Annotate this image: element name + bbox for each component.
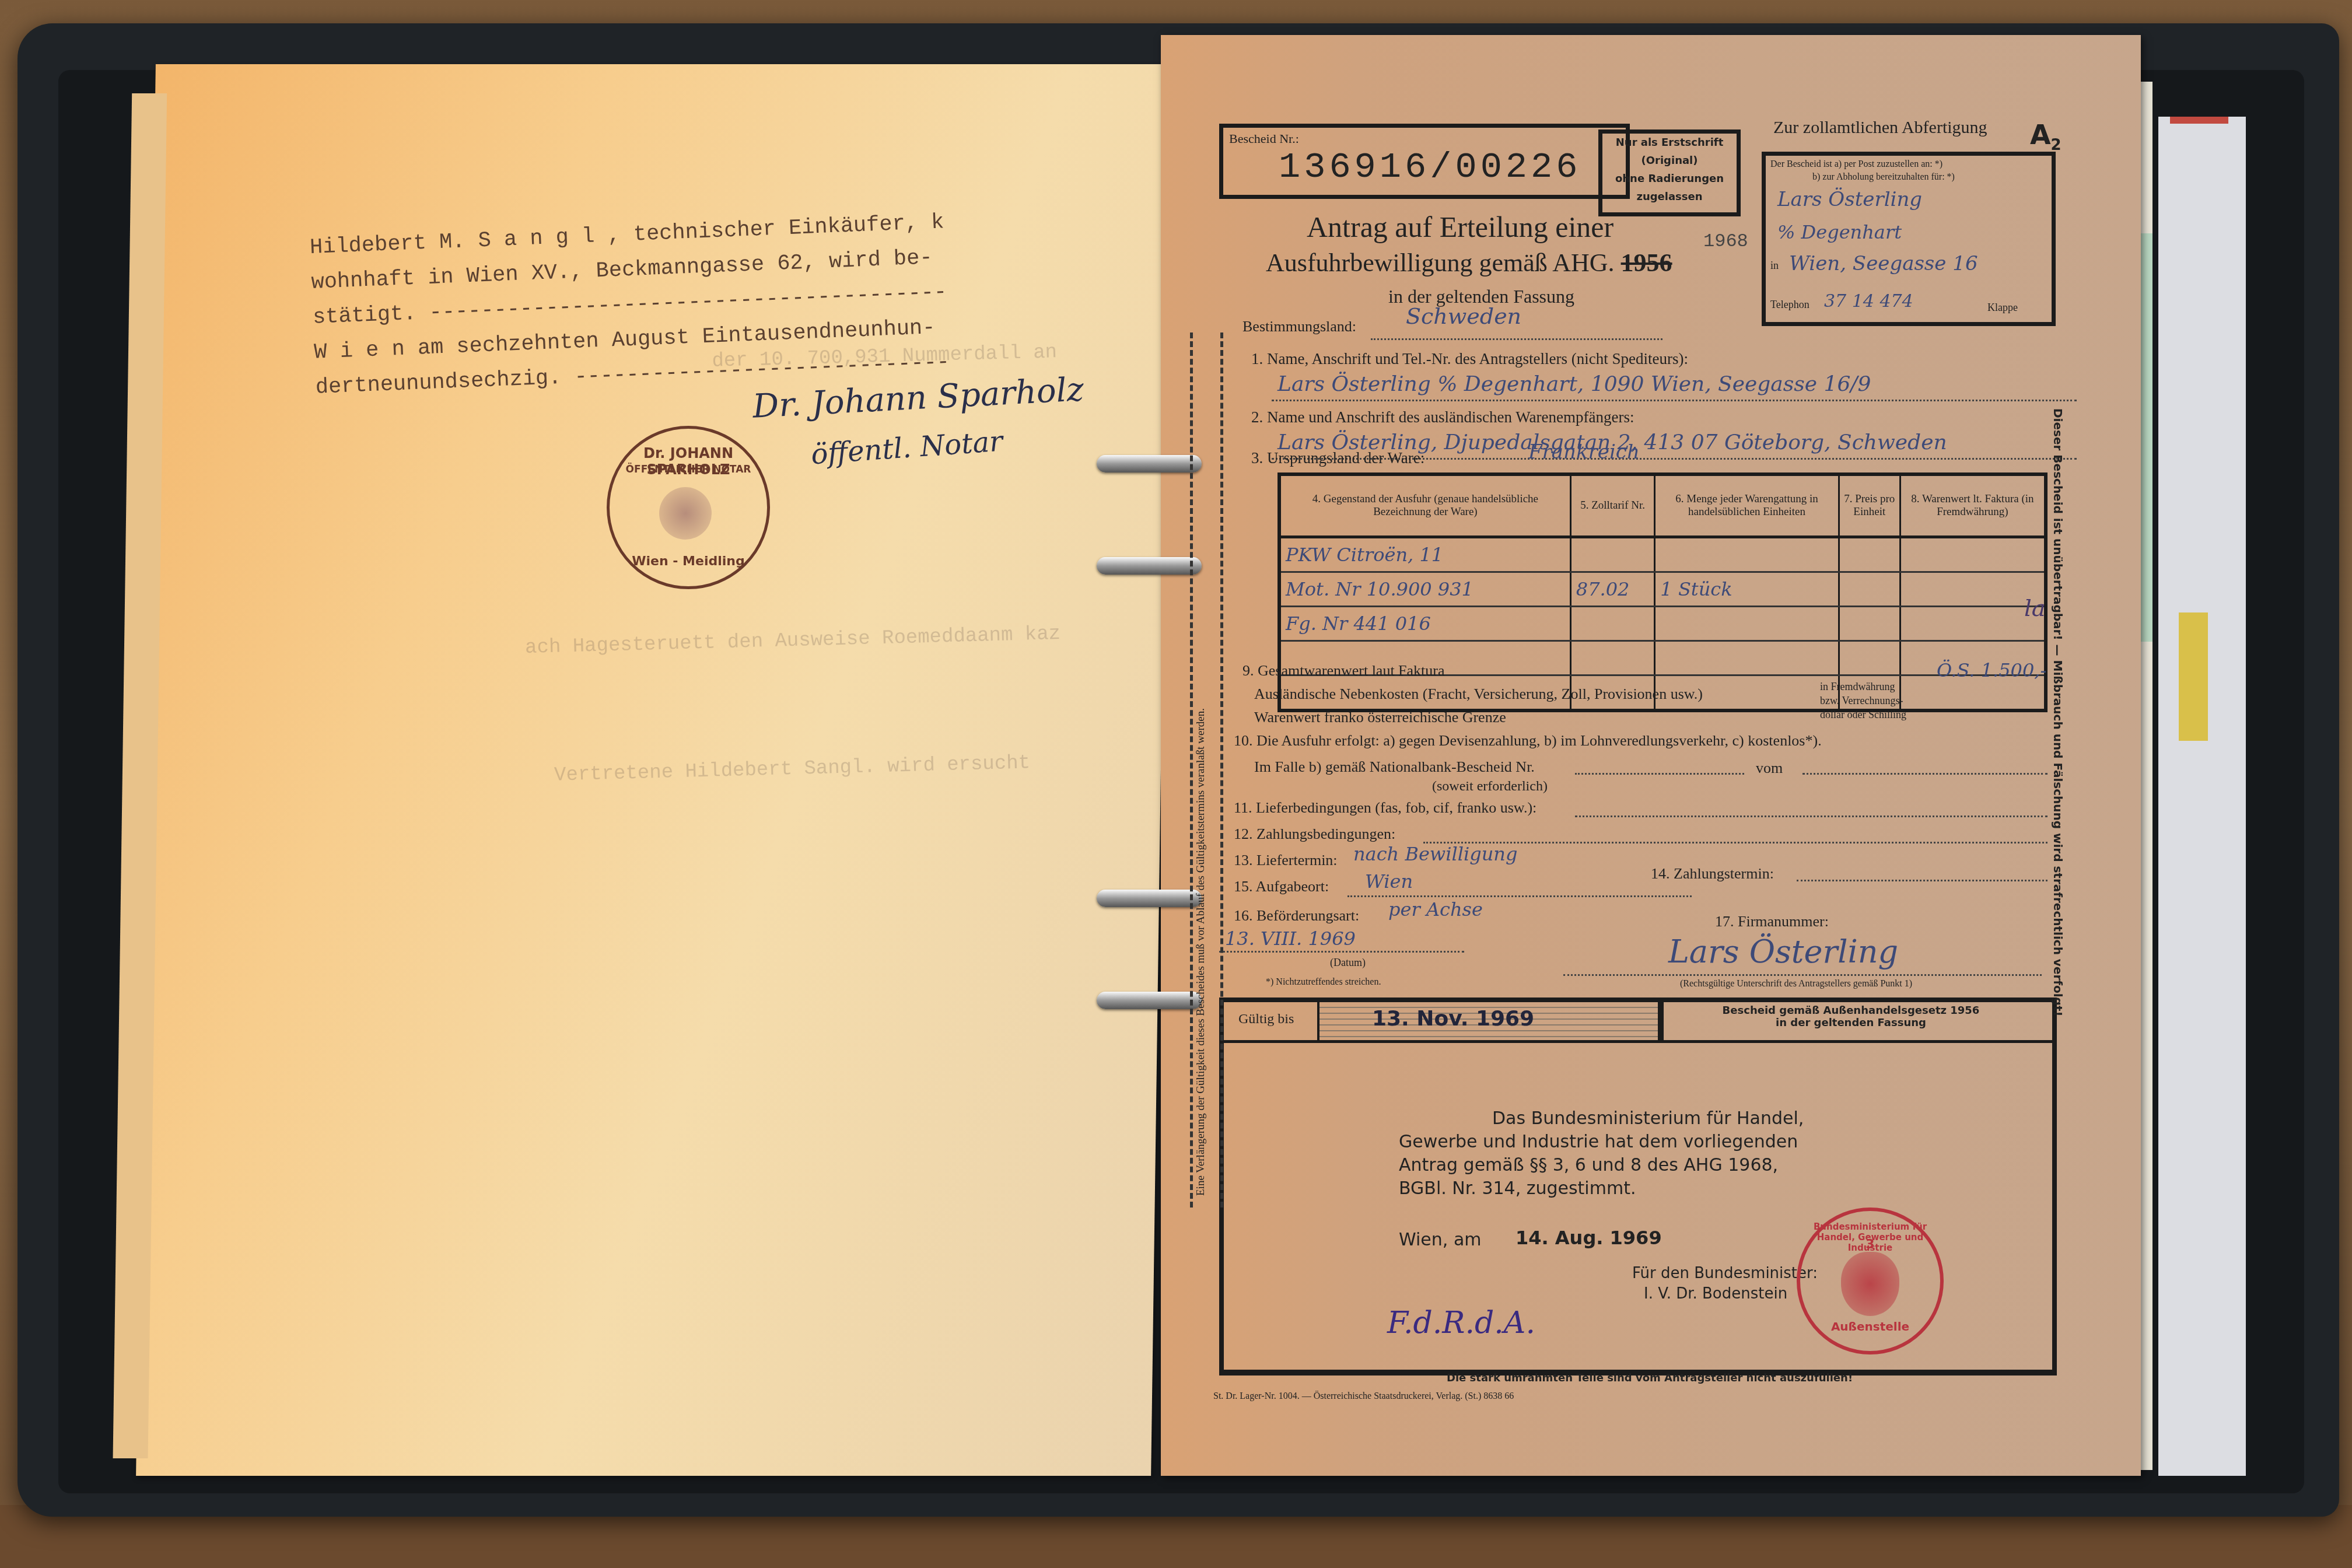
item15-value: Wien (1365, 870, 1413, 892)
goods-header: 8. Warenwert lt. Faktura (in Fremdwährun… (1900, 474, 2046, 537)
goods-cell (1570, 607, 1655, 641)
destination-value: Schweden (1406, 303, 1521, 329)
field-3-value: Frankreich (1528, 440, 1640, 464)
validity-date-field: 13. Nov. 1969 (1317, 1002, 1664, 1040)
item10-sub: Im Falle b) gemäß Nationalbank-Bescheid … (1254, 758, 1535, 776)
telephone-label: Telephon (1770, 299, 1810, 311)
form-title-1: Antrag auf Erteilung einer (1307, 210, 1613, 244)
decision-line: BGBl. Nr. 314, zugestimmt. (1399, 1177, 1804, 1200)
original-note: Nur als Erstschrift (1602, 134, 1737, 152)
goods-header: 6. Menge jeder Warengattung in handelsüb… (1655, 474, 1839, 537)
date-value: 13. VIII. 1969 (1225, 928, 1356, 950)
franko-label: Warenwert franko österreichische Grenze (1254, 709, 1506, 726)
yellow-tab (2179, 612, 2208, 741)
bescheid-number-box: Bescheid Nr.: 136916/00226 (1219, 124, 1630, 199)
binder-ring (1097, 557, 1202, 575)
item10-vom: vom (1756, 759, 1783, 777)
field-2-label: 2. Name und Anschrift des ausländischen … (1251, 408, 1634, 426)
goods-header: 5. Zolltarif Nr. (1570, 474, 1655, 537)
fill-line (1803, 773, 2048, 775)
struck-year: 1956 (1621, 249, 1672, 277)
delivery-note-b: b) zur Abholung bereitzuhalten für: *) (1812, 172, 1955, 183)
goods-cell (1570, 641, 1655, 675)
decision-line: Gewerbe und Industrie hat dem vorliegend… (1399, 1130, 1804, 1154)
item13-value: nach Bewilligung (1353, 843, 1517, 865)
bescheid-label: Bescheid Nr.: (1229, 131, 1299, 146)
field-3-label: 3. Ursprungsland der Ware: (1251, 449, 1424, 467)
nebenkosten-label: Ausländische Nebenkosten (Fracht, Versic… (1254, 685, 1703, 703)
decision-header-line: Bescheid gemäß Außenhandelsgesetz 1956 (1720, 1005, 1982, 1017)
customs-code: A2 (2030, 119, 2061, 154)
item12-label: 12. Zahlungsbedingungen: (1234, 825, 1395, 843)
place-label: Wien, am (1399, 1230, 1482, 1250)
item10-label: 10. Die Ausfuhr erfolgt: a) gegen Devise… (1234, 732, 1822, 750)
stamp-location: Wien - Meidling (610, 554, 767, 569)
form-title-2-text: Ausfuhrbewilligung gemäß AHG. (1266, 249, 1615, 277)
currency-note-line: dollar oder Schilling (1820, 708, 1906, 722)
original-note: zugelassen (1602, 188, 1737, 206)
bold-footer: Die stark umrahmten Teile sind vom Antra… (1447, 1372, 1853, 1384)
decision-header-line: in der geltenden Fassung (1720, 1017, 1982, 1029)
export-application-form: Bescheid Nr.: 136916/00226 Nur als Ersts… (1213, 117, 2071, 1400)
customs-code-letter: A (2030, 119, 2051, 150)
goods-cell (1839, 572, 1900, 607)
goods-cell (1839, 641, 1900, 675)
form-title-2: Ausfuhrbewilligung gemäß AHG. 1956 (1266, 248, 1672, 278)
decision-line: Antrag gemäß §§ 3, 6 und 8 des AHG 1968, (1399, 1154, 1804, 1177)
item10-note: (soweit erforderlich) (1432, 779, 1548, 794)
item11-label: 11. Lieferbedingungen (fas, fob, cif, fr… (1234, 799, 1536, 817)
seal-emblem-icon (659, 487, 712, 540)
delivery-address-box: Der Bescheid ist a) per Post zuzustellen… (1762, 152, 2056, 326)
item9-label: 9. Gesamtwarenwert laut Faktura (1242, 662, 1445, 680)
binder-ring (1097, 992, 1202, 1009)
decision-line: Das Bundesministerium für Handel, (1399, 1107, 1804, 1130)
fill-line (1797, 880, 2048, 881)
telephone-value: 37 14 474 (1824, 291, 1913, 311)
customs-title: Zur zollamtlichen Abfertigung (1773, 118, 1987, 138)
goods-row: PKW Citroën, 11 (1279, 537, 2046, 572)
fill-line (1219, 951, 1464, 953)
klappe-label: Klappe (1987, 302, 2018, 314)
bescheid-number: 136916/00226 (1279, 146, 1581, 188)
left-margin-note: Eine Verlängerung der Gültigkeit dieses … (1195, 708, 1207, 1196)
goods-cell (1655, 537, 1839, 572)
date-label: (Datum) (1330, 957, 1366, 969)
page-stack-white (2158, 117, 2246, 1476)
field-1-value: Lars Österling % Degenhart, 1090 Wien, S… (1277, 372, 1871, 396)
applicant-signature: Lars Österling (1668, 933, 1898, 970)
dashed-margin (1190, 332, 1193, 1207)
binder-ring (1097, 455, 1202, 473)
currency-note-line: bzw. Verrechnungs- (1820, 694, 1906, 708)
item14-label: 14. Zahlungstermin: (1651, 865, 1774, 883)
goods-cell (1900, 537, 2046, 572)
currency-note-line: in Fremdwährung (1820, 680, 1906, 694)
delivery-note-a: Der Bescheid ist a) per Post zuzustellen… (1770, 159, 1943, 170)
stamp-office: Außenstelle (1800, 1319, 1940, 1333)
in-label: in (1770, 260, 1779, 272)
delivery-name: Lars Österling (1777, 188, 1922, 211)
eagle-emblem-icon (1841, 1252, 1899, 1316)
item16-value: per Achse (1388, 898, 1483, 921)
goods-cell: 1 Stück (1655, 572, 1839, 607)
goods-header: 4. Gegenstand der Ausfuhr (genaue handel… (1279, 474, 1570, 537)
goods-cell: 87.02 (1570, 572, 1655, 607)
notary-typed-text: Hildebert M. S a n g l , technischer Ein… (309, 206, 928, 405)
right-margin-warning: Dieser Bescheid ist unübertragbar! — Miß… (2051, 408, 2065, 1017)
field-1-label: 1. Name, Anschrift und Tel.-Nr. des Antr… (1251, 350, 1688, 368)
official-signature: F.d.R.d.A. (1387, 1305, 1535, 1340)
original-note: ohne Radierungen (1602, 170, 1737, 188)
goods-cell (1655, 607, 1839, 641)
item15-label: 15. Aufgabeort: (1234, 878, 1329, 895)
fill-line (1563, 974, 2042, 976)
goods-cell (1839, 607, 1900, 641)
minister-line-1: Für den Bundesminister: (1632, 1265, 1818, 1282)
original-only-box: Nur als Erstschrift (Original) ohne Radi… (1598, 129, 1741, 216)
decision-header: Bescheid gemäß Außenhandelsgesetz 1956 i… (1720, 1005, 1982, 1029)
red-tab (2170, 117, 2228, 124)
binder-ring (1097, 890, 1202, 907)
stamp-title: ÖFFENTLICHER NOTAR (610, 464, 767, 475)
goods-row: Fg. Nr 441 016 (1279, 607, 2046, 641)
delivery-care-of: % Degenhart (1777, 221, 1902, 243)
signature-caption: (Rechtsgültige Unterschrift des Antragst… (1680, 979, 1912, 989)
item13-label: 13. Liefertermin: (1234, 852, 1338, 869)
item17-label: 17. Firmanummer: (1715, 913, 1829, 930)
decision-date: 14. Aug. 1969 (1515, 1227, 1662, 1249)
goods-cell (1655, 641, 1839, 675)
goods-row: Mot. Nr 10.900 93187.021 Stück (1279, 572, 2046, 607)
delivery-address: Wien, Seegasse 16 (1789, 252, 1978, 275)
goods-cell (1570, 537, 1655, 572)
goods-cell: Fg. Nr 441 016 (1279, 607, 1570, 641)
goods-cell: Mot. Nr 10.900 931 (1279, 572, 1570, 607)
fill-line (1575, 773, 1744, 775)
ministry-stamp: Bundesministerium für Handel, Gewerbe un… (1797, 1207, 1944, 1354)
fill-line (1371, 338, 1662, 340)
dashed-margin (1220, 332, 1223, 1207)
print-footer: St. Dr. Lager-Nr. 1004. — Österreichisch… (1213, 1391, 1514, 1402)
goods-header: 7. Preis pro Einheit (1839, 474, 1900, 537)
amended-year: 1968 (1703, 230, 1748, 252)
currency-note: in Fremdwährung bzw. Verrechnungs- dolla… (1820, 680, 1906, 722)
validity-row: Gültig bis 13. Nov. 1969 Bescheid gemäß … (1224, 1002, 2052, 1043)
notary-stamp: Dr. JOHANN SPARHOLZ ÖFFENTLICHER NOTAR W… (607, 426, 770, 589)
item16-label: 16. Beförderungsart: (1234, 907, 1359, 925)
valid-label: Gültig bis (1238, 1012, 1294, 1027)
footnote: *) Nichtzutreffendes streichen. (1266, 977, 1381, 988)
stamp-number: 3 (1800, 1237, 1940, 1252)
minister-line-2: I. V. Dr. Bodenstein (1644, 1285, 1787, 1303)
fill-line (1575, 815, 2048, 817)
fill-line (1272, 400, 2077, 401)
decision-text: Das Bundesministerium für Handel, Gewerb… (1399, 1107, 1804, 1200)
original-note: (Original) (1602, 152, 1737, 170)
fill-line (1347, 895, 1692, 897)
valid-date: 13. Nov. 1969 (1372, 1007, 1534, 1031)
goods-cell: PKW Citroën, 11 (1279, 537, 1570, 572)
item9-value: Ö.S. 1.500,- (1937, 659, 2046, 681)
goods-cell (1839, 537, 1900, 572)
destination-label: Bestimmungsland: (1242, 318, 1356, 335)
margin-initials: la (2024, 595, 2046, 622)
